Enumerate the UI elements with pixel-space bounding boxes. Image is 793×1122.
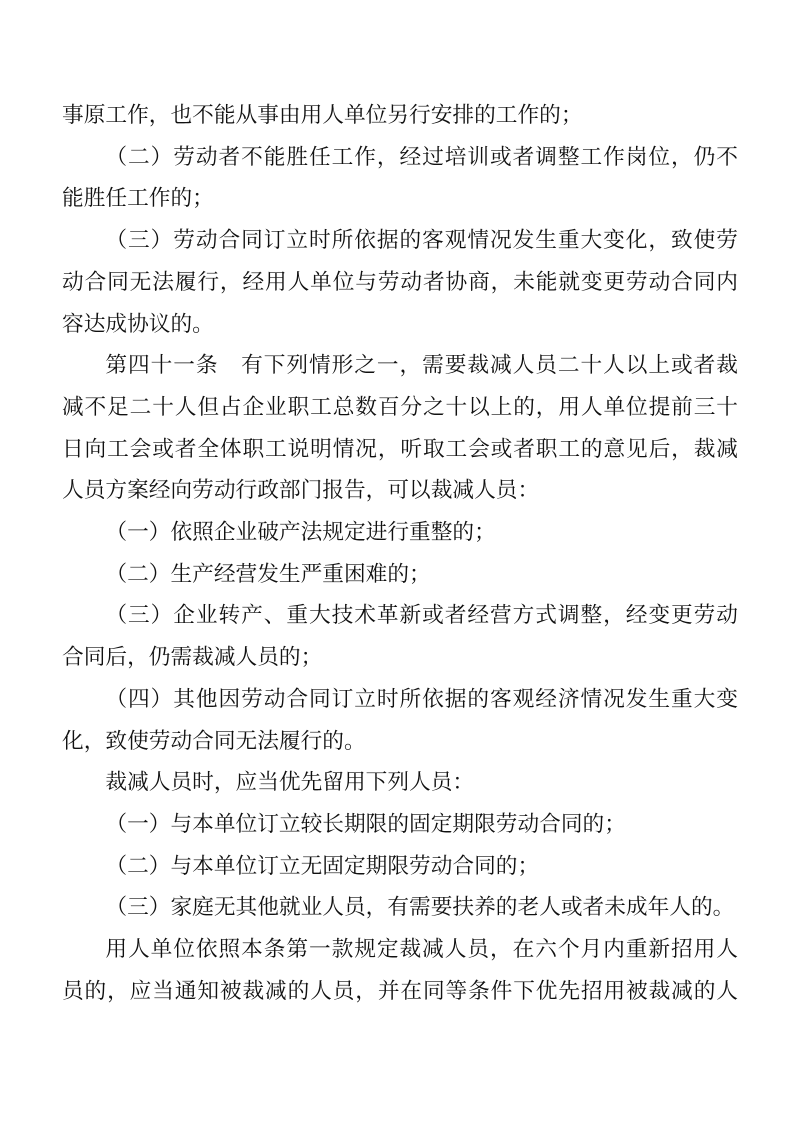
text-line-19: （二）与本单位订立无固定期限劳动合同的；	[62, 846, 738, 888]
text-line-4: （三）劳动合同订立时所依据的客观情况发生重大变化，致使劳	[62, 220, 738, 262]
text-line-20: （三）家庭无其他就业人员，有需要扶养的老人或者未成年人的。	[62, 887, 738, 929]
text-line-7: 第四十一条 有下列情形之一，需要裁减人员二十人以上或者裁	[62, 345, 738, 387]
text-line-18: （一）与本单位订立较长期限的固定期限劳动合同的；	[62, 804, 738, 846]
text-line-16: 化，致使劳动合同无法履行的。	[62, 721, 738, 763]
text-line-12: （二）生产经营发生严重困难的；	[62, 554, 738, 596]
text-line-15: （四）其他因劳动合同订立时所依据的客观经济情况发生重大变	[62, 679, 738, 721]
document-page: 事原工作，也不能从事由用人单位另行安排的工作的； （二）劳动者不能胜任工作，经过…	[0, 0, 793, 1122]
text-line-13: （三）企业转产、重大技术革新或者经营方式调整，经变更劳动	[62, 595, 738, 637]
text-line-14: 合同后，仍需裁减人员的；	[62, 637, 738, 679]
text-line-11: （一）依照企业破产法规定进行重整的；	[62, 512, 738, 554]
text-line-3: 能胜任工作的；	[62, 178, 738, 220]
text-line-21: 用人单位依照本条第一款规定裁减人员，在六个月内重新招用人	[62, 929, 738, 971]
text-line-1: 事原工作，也不能从事由用人单位另行安排的工作的；	[62, 95, 738, 137]
text-line-17: 裁减人员时，应当优先留用下列人员：	[62, 762, 738, 804]
text-line-8: 减不足二十人但占企业职工总数百分之十以上的，用人单位提前三十	[62, 387, 738, 429]
document-text-block: 事原工作，也不能从事由用人单位另行安排的工作的； （二）劳动者不能胜任工作，经过…	[62, 95, 738, 1012]
text-line-22: 员的，应当通知被裁减的人员，并在同等条件下优先招用被裁减的人	[62, 971, 738, 1013]
text-line-9: 日向工会或者全体职工说明情况，听取工会或者职工的意见后，裁减	[62, 429, 738, 471]
text-line-2: （二）劳动者不能胜任工作，经过培训或者调整工作岗位，仍不	[62, 137, 738, 179]
text-line-10: 人员方案经向劳动行政部门报告，可以裁减人员：	[62, 470, 738, 512]
text-line-5: 动合同无法履行，经用人单位与劳动者协商，未能就变更劳动合同内	[62, 262, 738, 304]
text-line-6: 容达成协议的。	[62, 304, 738, 346]
